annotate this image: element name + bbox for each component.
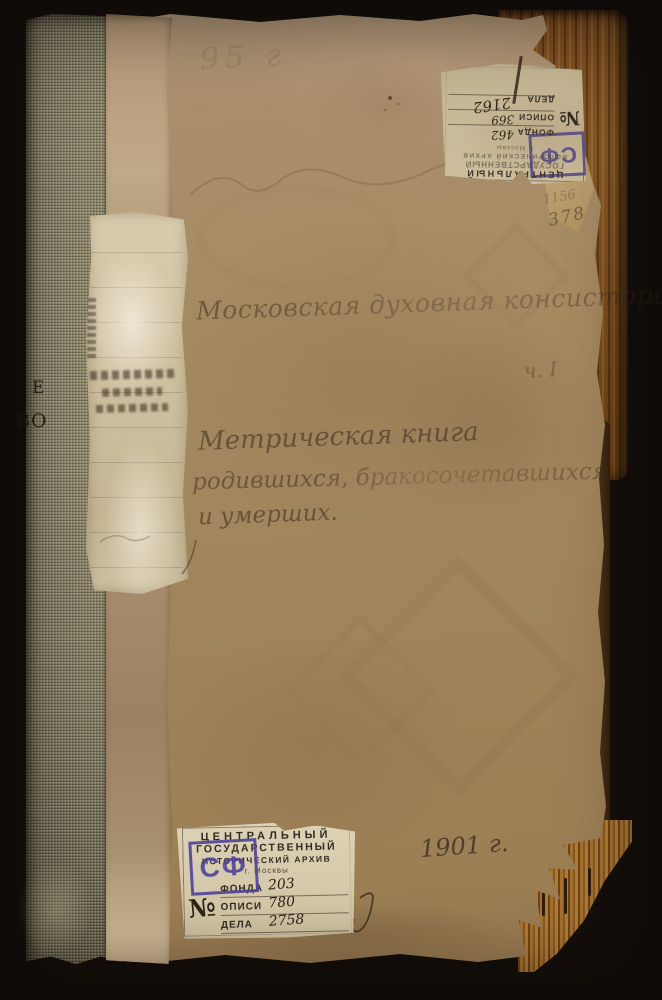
signature-flourish (353, 893, 373, 931)
fonda-value: 203 (267, 876, 295, 894)
opisi-value: 780 (268, 894, 296, 912)
sf-stamp: СФ (188, 838, 259, 896)
pen-flourish (182, 540, 196, 574)
field-row-dela: ДЕЛА 2758 (221, 913, 349, 934)
opisi-label: ОПИСИ (220, 901, 268, 913)
faint-spine-script (100, 536, 150, 542)
number-sign: № (554, 107, 581, 130)
dela-label: ДЕЛА (221, 919, 269, 931)
field-row-dela: ДЕЛА 2162 (448, 94, 554, 111)
dela-value: 2758 (268, 911, 305, 930)
opisi-label: ОПИСИ (514, 112, 554, 123)
fonda-label: ФОНДА (514, 127, 554, 138)
archive-label-bottom: ЦЕНТРАЛЬНЫЙ ГОСУДАРСТВЕННЫЙ ИСТОРИЧЕСКИЙ… (177, 821, 357, 940)
label-header: ЦЕНТРАЛЬНЫЙ ГОСУДАРСТВЕННЫЙ ИСТОРИЧЕСКИЙ… (439, 143, 590, 181)
archival-book-cover-photo: 95 г 1156 378 Московская духовная консис… (0, 0, 662, 1000)
opisi-value: 369 (491, 112, 514, 127)
dela-label: ДЕЛА (514, 94, 554, 105)
fonda-value: 462 (491, 127, 514, 142)
number-sign: № (187, 891, 221, 923)
